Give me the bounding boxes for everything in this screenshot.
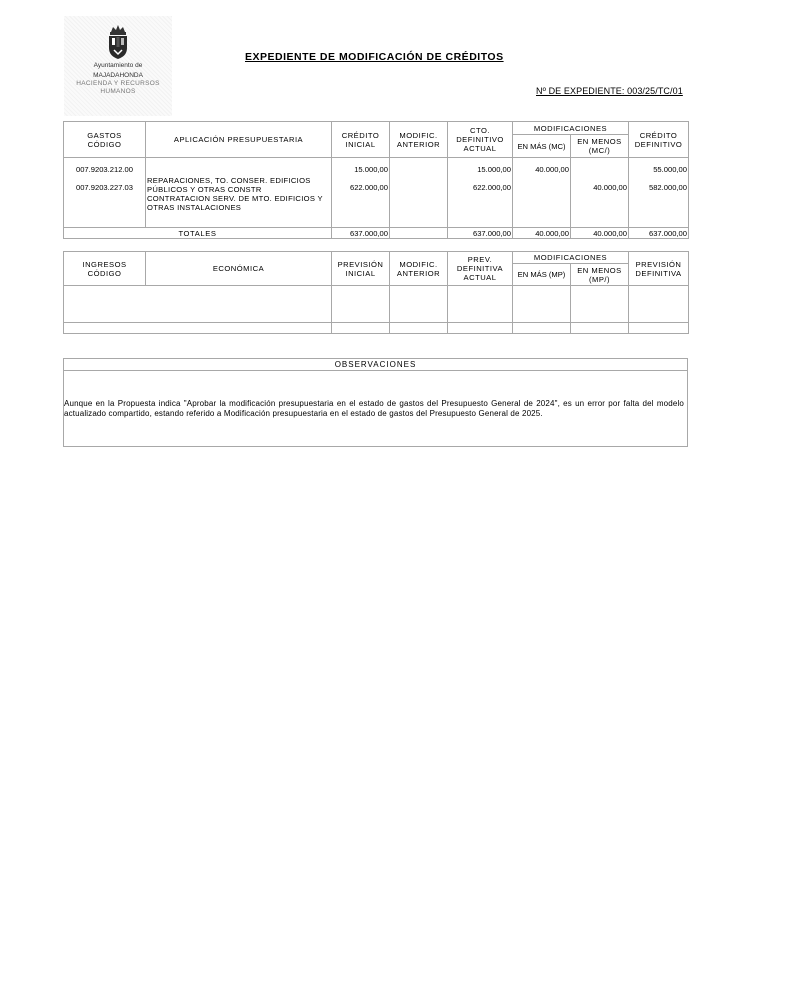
header-economica: ECONÓMICA xyxy=(146,252,332,286)
header-credito-inicial: CRÉDITO INICIAL xyxy=(332,122,390,158)
header-credito-definitivo: CRÉDITO DEFINITIVO xyxy=(629,122,689,158)
row1-en-mas: 40.000,00 xyxy=(514,165,569,183)
total-cto-definitivo: 637.000,00 xyxy=(448,228,513,239)
row2-codigo: 007.9203.227.03 xyxy=(65,183,144,192)
row2-aplicacion: CONTRATACION SERV. DE MTO. EDIFICIOS Y O… xyxy=(147,194,330,212)
header-gastos-codigo: GASTOS CÓDIGO xyxy=(64,122,146,158)
municipality-logo: Ayuntamiento de MAJADAHONDA HACIENDA Y R… xyxy=(64,16,172,116)
row1-codigo: 007.9203.212.00 xyxy=(65,165,144,183)
observaciones-header: OBSERVACIONES xyxy=(64,359,687,371)
gastos-totales-row: TOTALES 637.000,00 637.000,00 40.000,00 … xyxy=(64,228,689,239)
total-credito-inicial: 637.000,00 xyxy=(332,228,390,239)
row1-modific-anterior xyxy=(391,165,446,183)
header-prevision-inicial: PREVISIÓN INICIAL xyxy=(332,252,390,286)
expediente-number: Nº DE EXPEDIENTE: 003/25/TC/01 xyxy=(536,86,683,96)
header-ingresos-codigo: INGRESOS CÓDIGO xyxy=(64,252,146,286)
header-modificaciones-ing: MODIFICACIONES xyxy=(513,252,629,264)
row1-credito-definitivo: 55.000,00 xyxy=(630,165,687,183)
gastos-table: GASTOS CÓDIGO APLICACIÓN PRESUPUESTARIA … xyxy=(63,121,689,239)
observaciones-text: Aunque en la Propuesta indica "Aprobar l… xyxy=(64,399,684,418)
header-prev-definitiva: PREV. DEFINITIVA ACTUAL xyxy=(448,252,513,286)
coat-of-arms-icon xyxy=(105,24,131,60)
row1-cto-definitivo: 15.000,00 xyxy=(449,165,511,183)
row1-en-menos xyxy=(572,165,627,183)
header-modific-anterior: MODIFIC. ANTERIOR xyxy=(390,122,448,158)
header-aplicacion: APLICACIÓN PRESUPUESTARIA xyxy=(146,122,332,158)
totales-label: TOTALES xyxy=(64,228,332,239)
gastos-data-area: 007.9203.212.00 007.9203.227.03 REPARACI… xyxy=(64,158,689,228)
row2-en-menos: 40.000,00 xyxy=(572,183,627,192)
header-prevision-definitiva: PREVISIÓN DEFINITIVA xyxy=(629,252,689,286)
header-en-menos: EN MENOS (MC/) xyxy=(571,135,629,158)
logo-line-4: HUMANOS xyxy=(64,88,172,96)
total-en-mas: 40.000,00 xyxy=(513,228,571,239)
header-modific-anterior-ing: MODIFIC. ANTERIOR xyxy=(390,252,448,286)
row2-credito-inicial: 622.000,00 xyxy=(333,183,388,192)
logo-line-2: MAJADAHONDA xyxy=(64,72,172,80)
page-title: EXPEDIENTE DE MODIFICACIÓN DE CRÉDITOS xyxy=(245,51,504,63)
row2-credito-definitivo: 582.000,00 xyxy=(630,183,687,192)
header-en-mas-ing: EN MÁS (MP) xyxy=(513,264,571,286)
logo-line-3: HACIENDA Y RECURSOS xyxy=(64,80,172,88)
row1-credito-inicial: 15.000,00 xyxy=(333,165,388,183)
total-modific-anterior xyxy=(390,228,448,239)
header-cto-definitivo: CTO. DEFINITIVO ACTUAL xyxy=(448,122,513,158)
ingresos-table: INGRESOS CÓDIGO ECONÓMICA PREVISIÓN INIC… xyxy=(63,251,689,334)
ingresos-data-area xyxy=(64,286,689,323)
observaciones-box: OBSERVACIONES Aunque en la Propuesta ind… xyxy=(63,358,688,447)
logo-line-1: Ayuntamiento de xyxy=(64,62,172,70)
header-en-mas: EN MÁS (MC) xyxy=(513,135,571,158)
header-en-menos-ing: EN MENOS (MP/) xyxy=(571,264,629,286)
total-credito-definitivo: 637.000,00 xyxy=(629,228,689,239)
header-modificaciones: MODIFICACIONES xyxy=(513,122,629,135)
row1-aplicacion: REPARACIONES, TO. CONSER. EDIFICIOS PÚBL… xyxy=(147,176,330,194)
ingresos-totales-row xyxy=(64,323,689,334)
row2-cto-definitivo: 622.000,00 xyxy=(449,183,511,192)
total-en-menos: 40.000,00 xyxy=(571,228,629,239)
